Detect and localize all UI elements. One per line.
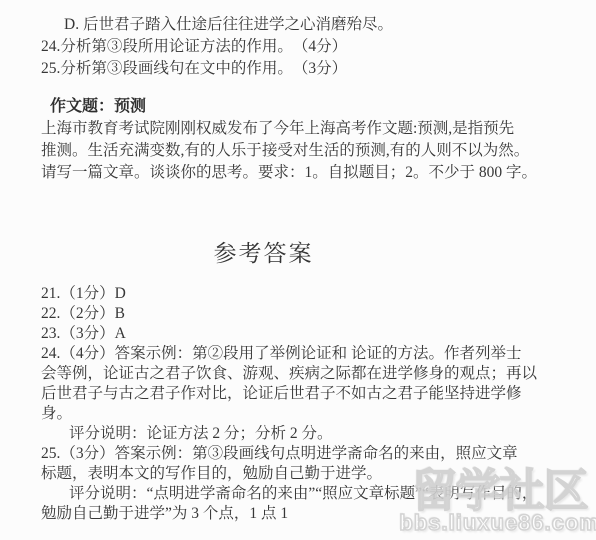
answer-24-line: 会等例，论证古之君子饮食、游观、疾病之际都在进学修身的观点；再以 bbox=[41, 364, 596, 384]
answer-25-line: 25.（3分）答案示例：第③段画线句点明进学斋命名的来由，照应文章 bbox=[41, 444, 596, 464]
answer-24-line: 后世君子与古之君子作对比，论证后世君子不如古之君子能坚持进学修 bbox=[41, 384, 596, 404]
question-25-line: 25.分析第③段画线句在文中的作用。 （3分） bbox=[41, 58, 596, 80]
answer-22-line: 22.（2分）B bbox=[41, 304, 596, 324]
answer-21-line: 21.（1分）D bbox=[41, 284, 596, 304]
questions-section: D. 后世君子踏入仕途后往往进学之心消磨殆尽。 24.分析第③段所用论证方法的作… bbox=[0, 0, 596, 80]
question-24-line: 24.分析第③段所用论证方法的作用。 （4分） bbox=[41, 36, 596, 58]
answer-23-line: 23.（3分）A bbox=[41, 324, 596, 344]
document-page: D. 后世君子踏入仕途后往往进学之心消磨殆尽。 24.分析第③段所用论证方法的作… bbox=[0, 0, 596, 540]
option-d-line: D. 后世君子踏入仕途后往往进学之心消磨殆尽。 bbox=[41, 14, 596, 36]
essay-section: 作文题：预测 上海市教育考试院刚刚权威发布了今年上海高考作文题:预测,是指预先 … bbox=[0, 96, 596, 184]
answer-25-line: 标题，表明本文的写作目的，勉励自己勤于进学。 bbox=[41, 464, 596, 484]
answers-heading-wrap: 参考答案 bbox=[41, 238, 486, 273]
answer-25-scoring-line: 评分说明：“点明进学斋命名的来由”“照应文章标题”“表明写作目的， bbox=[41, 484, 596, 504]
answer-25-scoring-line: 勉励自己勤于进学”为 3 个点，1 点 1 bbox=[41, 504, 596, 524]
answer-24-scoring-line: 评分说明：论证方法 2 分；分析 2 分。 bbox=[41, 424, 596, 444]
answer-24-line: 身。 bbox=[41, 404, 596, 424]
essay-text-line: 推测。生活充满变数,有的人乐于接受对生活的预测,有的人则不以为然。 bbox=[41, 140, 596, 162]
answers-heading: 参考答案 bbox=[214, 241, 314, 266]
essay-title: 作文题：预测 bbox=[41, 96, 596, 118]
answer-24-line: 24.（4分）答案示例：第②段用了举例论证和 论证的方法。作者列举士 bbox=[41, 344, 596, 364]
answers-section: 21.（1分）D 22.（2分）B 23.（3分）A 24.（4分）答案示例：第… bbox=[0, 284, 596, 524]
essay-text-line: 上海市教育考试院刚刚权威发布了今年上海高考作文题:预测,是指预先 bbox=[41, 118, 596, 140]
essay-text-line: 请写一篇文章。谈谈你的思考。要求：1。自拟题目；2。不少于 800 字。 bbox=[41, 162, 596, 184]
